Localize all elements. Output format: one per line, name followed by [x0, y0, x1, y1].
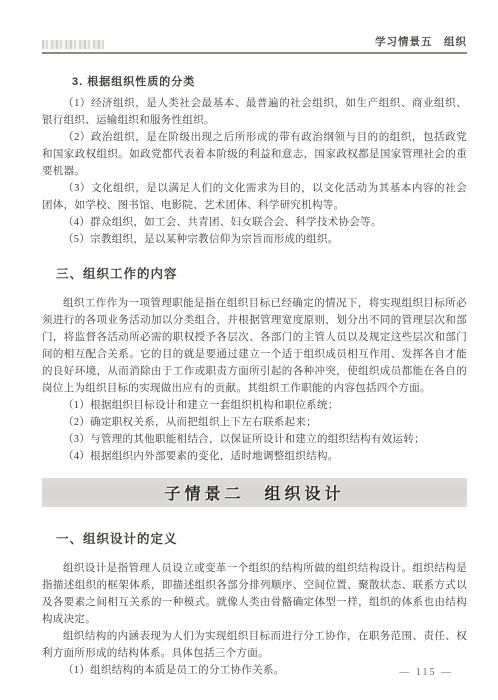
page-content: 3. 根据组织性质的分类 （1）经济组织，是人类社会最基本、最普遍的社会组织，如…: [0, 73, 498, 679]
sub-scenario-banner-title: 子情景二 组织设计: [164, 481, 344, 504]
section-three-item-3: （3）与管理的其他职能相结合，以保证所设计和建立的组织结构有效运转；: [42, 431, 467, 448]
classification-item-religious: （5）宗教组织，是以某种宗教信仰为宗旨而形成的组织。: [42, 231, 467, 248]
section-three-item-1: （1）根据组织目标设计和建立一套组织机构和职位系统；: [42, 397, 467, 414]
section-three-heading: 三、组织工作的内容: [42, 264, 467, 282]
classification-item-mass: （4）群众组织，如工会、共青团、妇女联合会、科学技术协会等。: [42, 214, 467, 231]
section-three-item-4: （4）根据组织内外部要素的变化，适时地调整组织结构。: [42, 448, 467, 465]
header-barcode-decoration: [42, 40, 104, 49]
section-three-item-2: （2）确定职权关系，从而把组织上下左右联系起来；: [42, 414, 467, 431]
section-one-heading: 一、组织设计的定义: [42, 529, 467, 547]
classification-item-political: （2）政治组织，是在阶级出现之后所形成的带有政治纲领与目的的组织，包括政党和国家…: [42, 129, 467, 180]
textbook-page: 学习情景五 组织 3. 根据组织性质的分类 （1）经济组织，是人类社会最基本、最…: [0, 0, 498, 700]
section-three-paragraph: 组织工作作为一项管理职能是指在组织目标已经确定的情况下，将实现组织目标所必须进行…: [42, 295, 467, 397]
running-head: 学习情景五 组织: [375, 34, 467, 49]
page-number: — 115 —: [399, 667, 453, 678]
sub-scenario-banner: 子情景二 组织设计: [42, 478, 467, 507]
classification-heading: 3. 根据组织性质的分类: [42, 73, 467, 89]
section-one-paragraph-2: 组织结构的内涵表现为人们为实现组织目标而进行分工协作，在职务范围、责任、权利方面…: [42, 628, 467, 662]
section-one-paragraph-1: 组织设计是指管理人员设立或变革一个组织的结构所做的组织结构设计。组织结构是指描述…: [42, 560, 467, 628]
classification-item-economic: （1）经济组织，是人类社会最基本、最普遍的社会组织，如生产组织、商业组织、银行组…: [42, 95, 467, 129]
page-header: 学习情景五 组织: [42, 34, 467, 54]
classification-item-cultural: （3）文化组织，是以满足人们的文化需求为目的，以文化活动为其基本内容的社会团体，…: [42, 180, 467, 214]
